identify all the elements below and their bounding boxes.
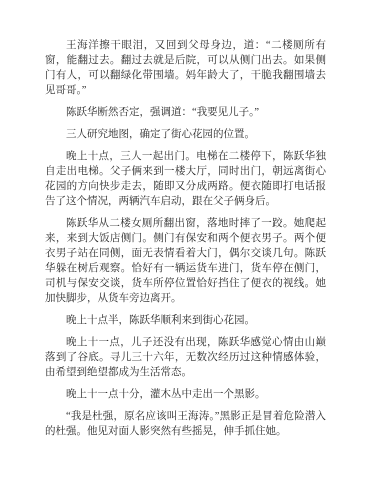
paragraph: 晚上十一点十分，灌木丛中走出一个黑影。 <box>45 387 326 402</box>
book-page: 王海洋擦干眼泪，又回到父母身边，道：“二楼厕所有窗，能翻过去。翻过去就是后院，可… <box>0 0 370 480</box>
paragraph: 陈跃华从二楼女厕所翻出窗，落地时摔了一跤。她爬起来，来到大饭店侧门。侧门有保安和… <box>45 216 326 306</box>
paragraph: 陈跃华断然否定，强调道：“我要见儿子。” <box>45 105 326 120</box>
paragraph: 三人研究地图，确定了街心花园的位置。 <box>45 127 326 142</box>
paragraph: 王海洋擦干眼泪，又回到父母身边，道：“二楼厕所有窗，能翻过去。翻过去就是后院，可… <box>45 38 326 98</box>
paragraph: 晚上十点半，陈跃华顺利来到街心花园。 <box>45 313 326 328</box>
paragraph: 晚上十一点，儿子还没有出现，陈跃华感觉心情由山巅落到了谷底。寻儿三十六年，无数次… <box>45 335 326 380</box>
paragraph: 晚上十点，三人一起出门。电梯在二楼停下，陈跃华独自走出电梯。父子俩来到一楼大厅，… <box>45 149 326 209</box>
paragraph: “我是杜强，原名应该叫王海涛。”黑影正是冒着危险潜入的杜强。他见对面人影突然有些… <box>45 409 326 439</box>
paragraph-container: 王海洋擦干眼泪，又回到父母身边，道：“二楼厕所有窗，能翻过去。翻过去就是后院，可… <box>45 38 326 439</box>
